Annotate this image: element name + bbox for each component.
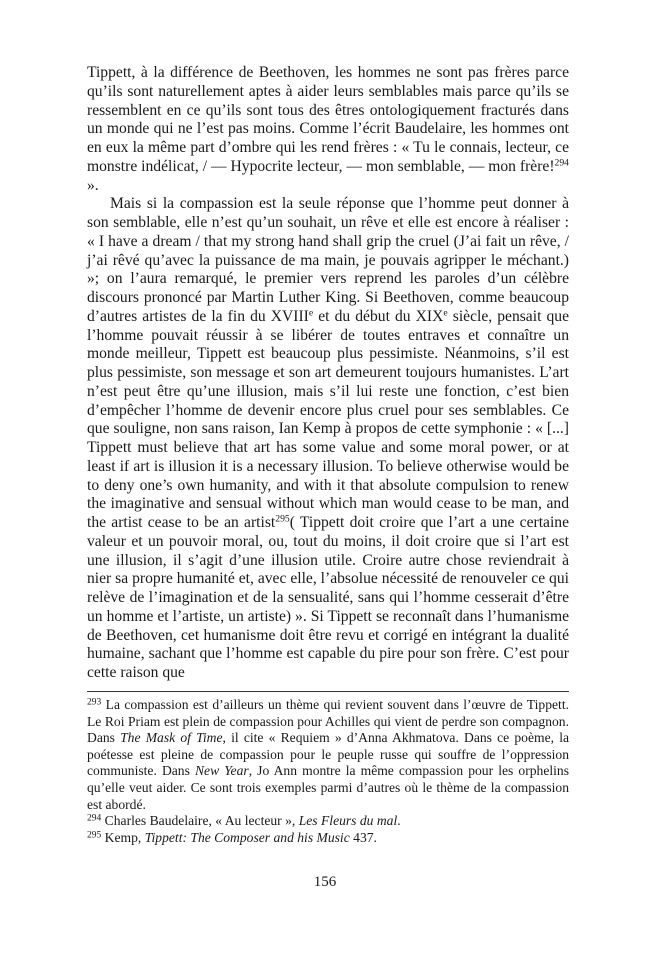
- paragraph-1-text: Tippett, à la différence de Beethoven, l…: [87, 64, 569, 175]
- paragraph-2-text-b: et du début du XIX: [313, 308, 443, 325]
- work-title: Tippett: The Composer and his Music: [145, 830, 350, 845]
- paragraph-2: Mais si la compassion est la seule répon…: [87, 195, 569, 683]
- footnote-295: 295 Kemp, Tippett: The Composer and his …: [87, 830, 569, 847]
- footnote-text: Charles Baudelaire, « Au lecteur »,: [101, 813, 298, 828]
- footnote-ref-295[interactable]: 295: [275, 514, 289, 525]
- footnotes: 293 La compassion est d’ailleurs un thèm…: [87, 697, 569, 846]
- main-text: Tippett, à la différence de Beethoven, l…: [87, 64, 569, 683]
- work-title: New Year: [195, 763, 249, 778]
- work-title: The Mask of Time: [120, 730, 222, 745]
- footnote-number: 295: [87, 830, 101, 840]
- footnote-text: .: [397, 813, 400, 828]
- footnote-ref-294[interactable]: 294: [555, 157, 569, 168]
- footnote-293: 293 La compassion est d’ailleurs un thèm…: [87, 697, 569, 813]
- footnote-text: 437.: [350, 830, 377, 845]
- paragraph-1-tail: ».: [87, 177, 99, 194]
- paragraph-2-text-a: Mais si la compassion est la seule répon…: [87, 195, 569, 325]
- footnote-number: 293: [87, 697, 101, 707]
- paragraph-2-text-d: ( Tippett doit croire que l’art a une ce…: [87, 514, 569, 681]
- footnote-number: 294: [87, 813, 101, 823]
- paragraph-1: Tippett, à la différence de Beethoven, l…: [87, 64, 569, 195]
- page-number: 156: [0, 874, 650, 891]
- footnote-separator: [87, 691, 569, 692]
- footnote-294: 294 Charles Baudelaire, « Au lecteur », …: [87, 813, 569, 830]
- paragraph-2-text-c: siècle, pensait que l’homme pouvait réus…: [87, 308, 569, 531]
- page-body: Tippett, à la différence de Beethoven, l…: [87, 64, 569, 683]
- work-title: Les Fleurs du mal: [299, 813, 398, 828]
- footnote-text: Kemp,: [101, 830, 144, 845]
